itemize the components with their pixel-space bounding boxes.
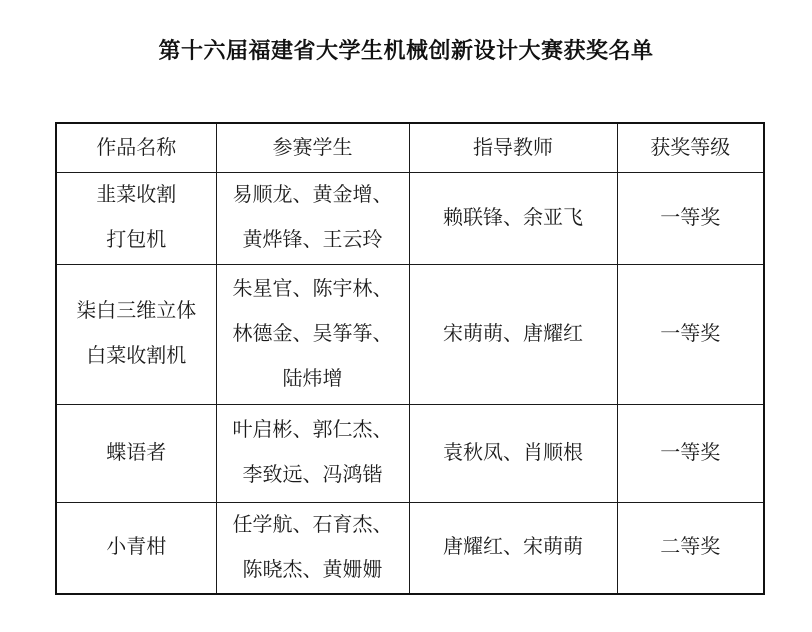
work-name-cell: 韭菜收割 打包机	[56, 172, 216, 264]
award-cell: 一等奖	[617, 404, 764, 502]
table-row: 柒白三维立体 白菜收割机 朱星官、陈宇林、 林德金、吴筝筝、 陆炜增 宋萌萌、唐…	[56, 264, 764, 404]
column-header-award-level: 获奖等级	[617, 123, 764, 172]
award-cell: 一等奖	[617, 172, 764, 264]
work-name-cell: 小青柑	[56, 502, 216, 594]
award-cell: 二等奖	[617, 502, 764, 594]
column-header-students: 参赛学生	[216, 123, 409, 172]
column-header-work-name: 作品名称	[56, 123, 216, 172]
students-cell: 朱星官、陈宇林、 林德金、吴筝筝、 陆炜增	[216, 264, 409, 404]
students-cell: 叶启彬、郭仁杰、 李致远、冯鸿锴	[216, 404, 409, 502]
awards-table: 作品名称 参赛学生 指导教师 获奖等级 韭菜收割 打包机 易顺龙、黄金增、 黄烨…	[55, 122, 765, 595]
work-name-cell: 蝶语者	[56, 404, 216, 502]
table-row: 小青柑 任学航、石育杰、 陈晓杰、黄姗姗 唐耀红、宋萌萌 二等奖	[56, 502, 764, 594]
students-cell: 任学航、石育杰、 陈晓杰、黄姗姗	[216, 502, 409, 594]
students-cell: 易顺龙、黄金增、 黄烨锋、王云玲	[216, 172, 409, 264]
teachers-cell: 唐耀红、宋萌萌	[409, 502, 617, 594]
column-header-teachers: 指导教师	[409, 123, 617, 172]
work-name-cell: 柒白三维立体 白菜收割机	[56, 264, 216, 404]
teachers-cell: 袁秋凤、肖顺根	[409, 404, 617, 502]
teachers-cell: 赖联锋、余亚飞	[409, 172, 617, 264]
teachers-cell: 宋萌萌、唐耀红	[409, 264, 617, 404]
award-cell: 一等奖	[617, 264, 764, 404]
table-header-row: 作品名称 参赛学生 指导教师 获奖等级	[56, 123, 764, 172]
document-title: 第十六届福建省大学生机械创新设计大赛获奖名单	[0, 34, 812, 65]
table-row: 蝶语者 叶启彬、郭仁杰、 李致远、冯鸿锴 袁秋凤、肖顺根 一等奖	[56, 404, 764, 502]
document-page: 第十六届福建省大学生机械创新设计大赛获奖名单 作品名称 参赛学生 指导教师 获奖…	[0, 0, 812, 632]
table-row: 韭菜收割 打包机 易顺龙、黄金增、 黄烨锋、王云玲 赖联锋、余亚飞 一等奖	[56, 172, 764, 264]
